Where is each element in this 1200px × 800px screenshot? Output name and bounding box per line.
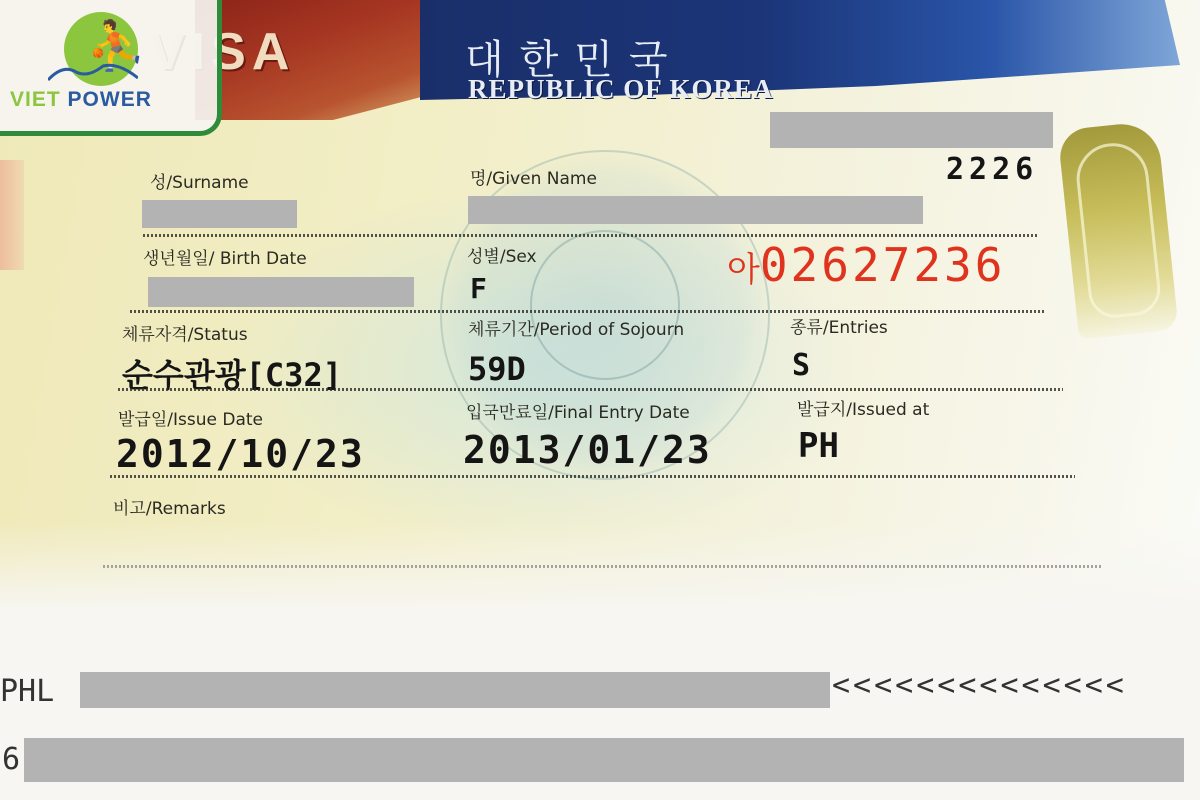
entries-value: S [792,348,810,383]
surname-redacted [142,200,297,228]
divider [143,234,1038,237]
given-name-label: 명/Given Name [470,164,597,189]
issued-at-value: PH [798,426,839,466]
serial-prefix: 아 [727,250,760,290]
taegeuk-watermark [530,230,680,380]
security-strip [0,160,24,270]
birth-date-redacted [148,277,414,307]
country-name-english: REPUBLIC OF KOREA [468,74,774,105]
control-number: 2226 [946,152,1038,187]
gold-ornament-hologram [1057,120,1178,339]
logo-word-viet: VIET [10,88,61,111]
mountain-icon [48,62,138,82]
status-label: 체류자격/Status [122,320,248,345]
logo-wordmark: VIET POWER [10,88,152,112]
mrz-line1-fillers: <<<<<<<<<<<<<< [832,668,1127,703]
issued-at-label: 발급지/Issued at [797,395,929,420]
logo-word-power: POWER [68,88,152,111]
serial-digits: 02627236 [760,238,1006,292]
final-entry-value: 2013/01/23 [463,428,712,472]
viet-power-logo: ⛹ VIET POWER [0,0,222,136]
sex-label: 성별/Sex [467,242,537,267]
issue-date-label: 발급일/Issue Date [118,405,263,430]
sojourn-label: 체류기간/Period of Sojourn [468,315,684,340]
divider [118,388,1063,391]
mrz-line1-redacted [80,672,830,708]
mrz-line2-prefix: 6 [2,742,20,777]
mrz-line1-prefix: PHL [0,674,54,709]
final-entry-label: 입국만료일/Final Entry Date [466,398,690,423]
divider [130,310,1045,313]
visa-serial-number: 아02627236 [727,238,1005,292]
entries-label: 종류/Entries [790,313,888,338]
remarks-label: 비고/Remarks [113,494,226,519]
divider [103,565,1103,568]
birth-date-label: 생년월일/ Birth Date [143,244,307,269]
mrz-line2-redacted [24,738,1184,782]
given-name-redacted [468,196,923,224]
divider [110,475,1075,478]
sojourn-value: 59D [468,350,526,388]
issue-date-value: 2012/10/23 [116,432,365,476]
sex-value: F [470,272,487,305]
surname-label: 성/Surname [150,168,249,193]
redacted-field [770,112,1053,148]
